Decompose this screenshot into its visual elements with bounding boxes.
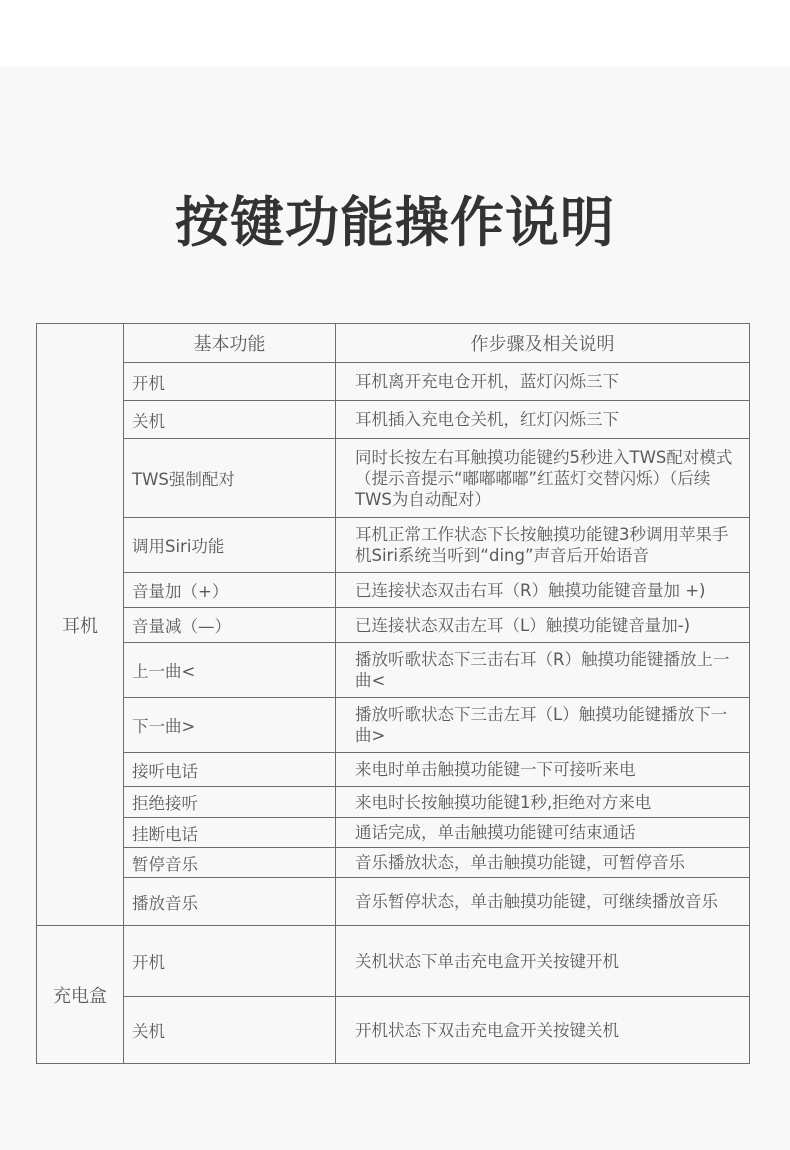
description-cell: 已连接状态双击右耳（R）触摸功能键音量加 +) bbox=[336, 573, 750, 608]
description-cell: 音乐播放状态，单击触摸功能键，可暂停音乐 bbox=[336, 848, 750, 878]
table-row: 拒绝接听 来电时长按触摸功能键1秒,拒绝对方来电 bbox=[37, 787, 750, 818]
description-cell: 已连接状态双击左耳（L）触摸功能键音量加-) bbox=[336, 608, 750, 643]
page-title: 按键功能操作说明 bbox=[0, 188, 790, 258]
table-row: 播放音乐 音乐暂停状态，单击触摸功能键，可继续播放音乐 bbox=[37, 878, 750, 926]
description-cell: 耳机正常工作状态下长按触摸功能键3秒调用苹果手机Siri系统当听到“ding”声… bbox=[336, 518, 750, 573]
description-cell: 音乐暂停状态，单击触摸功能键，可继续播放音乐 bbox=[336, 878, 750, 926]
function-cell: 调用Siri功能 bbox=[124, 518, 336, 573]
table-row: 下一曲> 播放听歌状态下三击左耳（L）触摸功能键播放下一曲> bbox=[37, 698, 750, 753]
function-cell: TWS强制配对 bbox=[124, 439, 336, 518]
description-cell: 来电时长按触摸功能键1秒,拒绝对方来电 bbox=[336, 787, 750, 818]
function-cell: 播放音乐 bbox=[124, 878, 336, 926]
group-cell-earbuds: 耳机 bbox=[37, 324, 124, 926]
function-cell: 接听电话 bbox=[124, 753, 336, 787]
description-cell: 来电时单击触摸功能键一下可接听来电 bbox=[336, 753, 750, 787]
table-row: 关机 耳机插入充电仓关机，红灯闪烁三下 bbox=[37, 401, 750, 439]
table-row: 关机 开机状态下双击充电盒开关按键关机 bbox=[37, 997, 750, 1064]
function-cell: 开机 bbox=[124, 926, 336, 997]
table-row: 音量减（—） 已连接状态双击左耳（L）触摸功能键音量加-) bbox=[37, 608, 750, 643]
table-row: TWS强制配对 同时长按左右耳触摸功能键约5秒进入TWS配对模式（提示音提示“嘟… bbox=[37, 439, 750, 518]
table-row: 开机 耳机离开充电仓开机，蓝灯闪烁三下 bbox=[37, 363, 750, 401]
function-cell: 拒绝接听 bbox=[124, 787, 336, 818]
function-cell: 上一曲< bbox=[124, 643, 336, 698]
top-white-band bbox=[0, 0, 790, 66]
table-row: 调用Siri功能 耳机正常工作状态下长按触摸功能键3秒调用苹果手机Siri系统当… bbox=[37, 518, 750, 573]
function-cell: 关机 bbox=[124, 997, 336, 1064]
function-cell: 音量加（+） bbox=[124, 573, 336, 608]
table-row: 音量加（+） 已连接状态双击右耳（R）触摸功能键音量加 +) bbox=[37, 573, 750, 608]
description-cell: 开机状态下双击充电盒开关按键关机 bbox=[336, 997, 750, 1064]
function-cell: 下一曲> bbox=[124, 698, 336, 753]
table-row: 充电盒 开机 关机状态下单击充电盒开关按键开机 bbox=[37, 926, 750, 997]
function-cell: 关机 bbox=[124, 401, 336, 439]
table-row: 暂停音乐 音乐播放状态，单击触摸功能键，可暂停音乐 bbox=[37, 848, 750, 878]
function-cell: 开机 bbox=[124, 363, 336, 401]
function-cell: 音量减（—） bbox=[124, 608, 336, 643]
table-row: 上一曲< 播放听歌状态下三击右耳（R）触摸功能键播放上一曲< bbox=[37, 643, 750, 698]
table-row: 接听电话 来电时单击触摸功能键一下可接听来电 bbox=[37, 753, 750, 787]
table-row: 挂断电话 通话完成，单击触摸功能键可结束通话 bbox=[37, 818, 750, 848]
function-cell: 挂断电话 bbox=[124, 818, 336, 848]
description-cell: 耳机插入充电仓关机，红灯闪烁三下 bbox=[336, 401, 750, 439]
header-basic-function: 基本功能 bbox=[124, 324, 336, 363]
description-cell: 播放听歌状态下三击左耳（L）触摸功能键播放下一曲> bbox=[336, 698, 750, 753]
description-cell: 播放听歌状态下三击右耳（R）触摸功能键播放上一曲< bbox=[336, 643, 750, 698]
description-cell: 耳机离开充电仓开机，蓝灯闪烁三下 bbox=[336, 363, 750, 401]
function-cell: 暂停音乐 bbox=[124, 848, 336, 878]
description-cell: 同时长按左右耳触摸功能键约5秒进入TWS配对模式（提示音提示“嘟嘟嘟嘟”红蓝灯交… bbox=[336, 439, 750, 518]
description-cell: 通话完成，单击触摸功能键可结束通话 bbox=[336, 818, 750, 848]
group-cell-charging-case: 充电盒 bbox=[37, 926, 124, 1064]
header-steps-description: 作步骤及相关说明 bbox=[336, 324, 750, 363]
key-function-table: 耳机 基本功能 作步骤及相关说明 开机 耳机离开充电仓开机，蓝灯闪烁三下 关机 … bbox=[36, 323, 750, 1064]
table-header-row: 耳机 基本功能 作步骤及相关说明 bbox=[37, 324, 750, 363]
description-cell: 关机状态下单击充电盒开关按键开机 bbox=[336, 926, 750, 997]
